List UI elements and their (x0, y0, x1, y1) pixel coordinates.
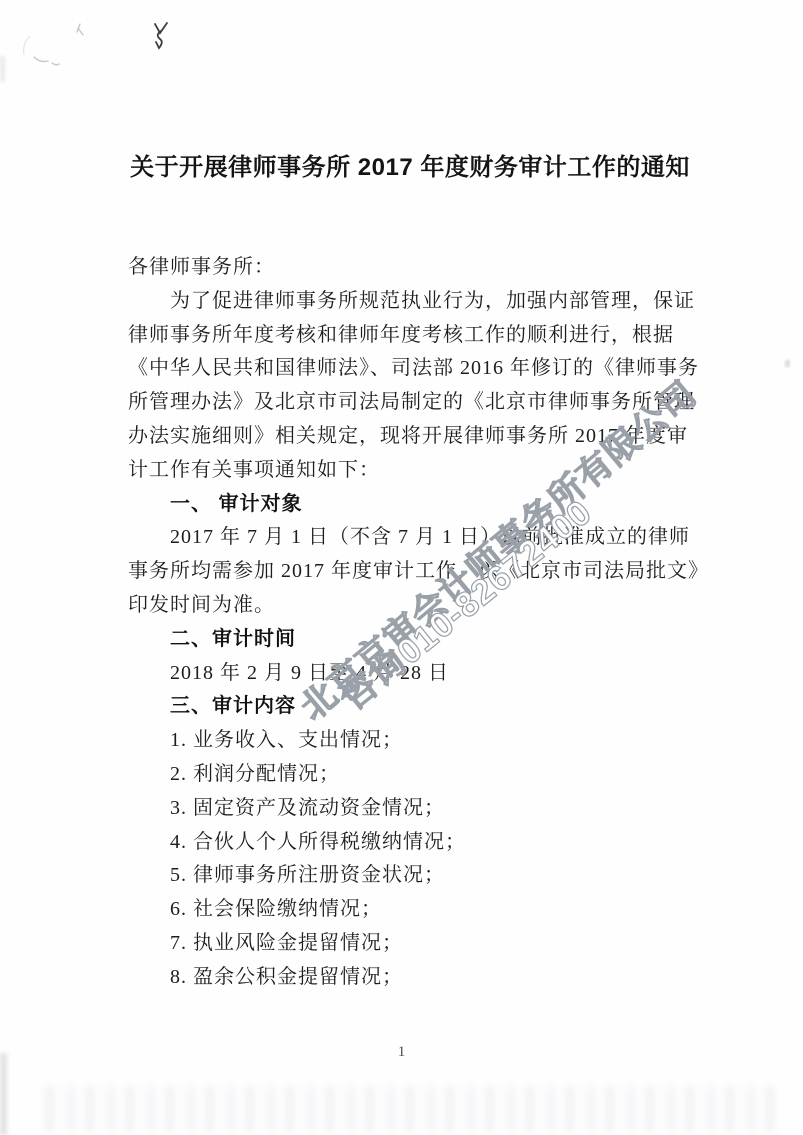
faint-pencil-stroke (77, 24, 83, 35)
list-item: 7. 执业风险金提留情况； (128, 927, 708, 961)
paragraph-line: 律师事务所年度考核和律师年度考核工作的顺利进行，根据 (128, 319, 708, 353)
faint-pencil-stroke (34, 57, 59, 65)
pen-mark-icon (0, 0, 220, 110)
bottom-scan-noise (45, 1086, 775, 1132)
list-item: 2. 利润分配情况； (128, 758, 708, 792)
paper-background: 关于开展律师事务所 2017 年度财务审计工作的通知 各律师事务所： 为了促进律… (0, 0, 803, 1135)
scanned-notice-page: { "page": { "title": "关于开展律师事务所 2017 年度财… (0, 0, 803, 1135)
page-title: 关于开展律师事务所 2017 年度财务审计工作的通知 (110, 148, 710, 188)
section-heading-audit-content: 三、审计内容 (128, 690, 708, 724)
scan-speck (785, 360, 790, 367)
list-item: 5. 律师事务所注册资金状况； (128, 859, 708, 893)
page-number: 1 (0, 1044, 803, 1061)
paragraph-line: 2017 年 7 月 1 日（不含 7 月 1 日）以前批准成立的律师 (128, 521, 708, 555)
dark-pen-stroke (155, 23, 167, 48)
list-item: 6. 社会保险缴纳情况； (128, 893, 708, 927)
faint-pencil-stroke (24, 36, 30, 54)
list-item: 1. 业务收入、支出情况； (128, 724, 708, 758)
paragraph-line: 为了促进律师事务所规范执业行为，加强内部管理，保证 (128, 285, 708, 319)
list-item: 8. 盈余公积金提留情况； (128, 961, 708, 995)
list-item: 4. 合伙人个人所得税缴纳情况； (128, 826, 708, 860)
paragraph-line: 《中华人民共和国律师法》、司法部 2016 年修订的《律师事务 (128, 352, 708, 386)
left-edge-shadow (0, 1053, 7, 1135)
list-item: 3. 固定资产及流动资金情况； (128, 792, 708, 826)
salutation-line: 各律师事务所： (128, 251, 708, 285)
